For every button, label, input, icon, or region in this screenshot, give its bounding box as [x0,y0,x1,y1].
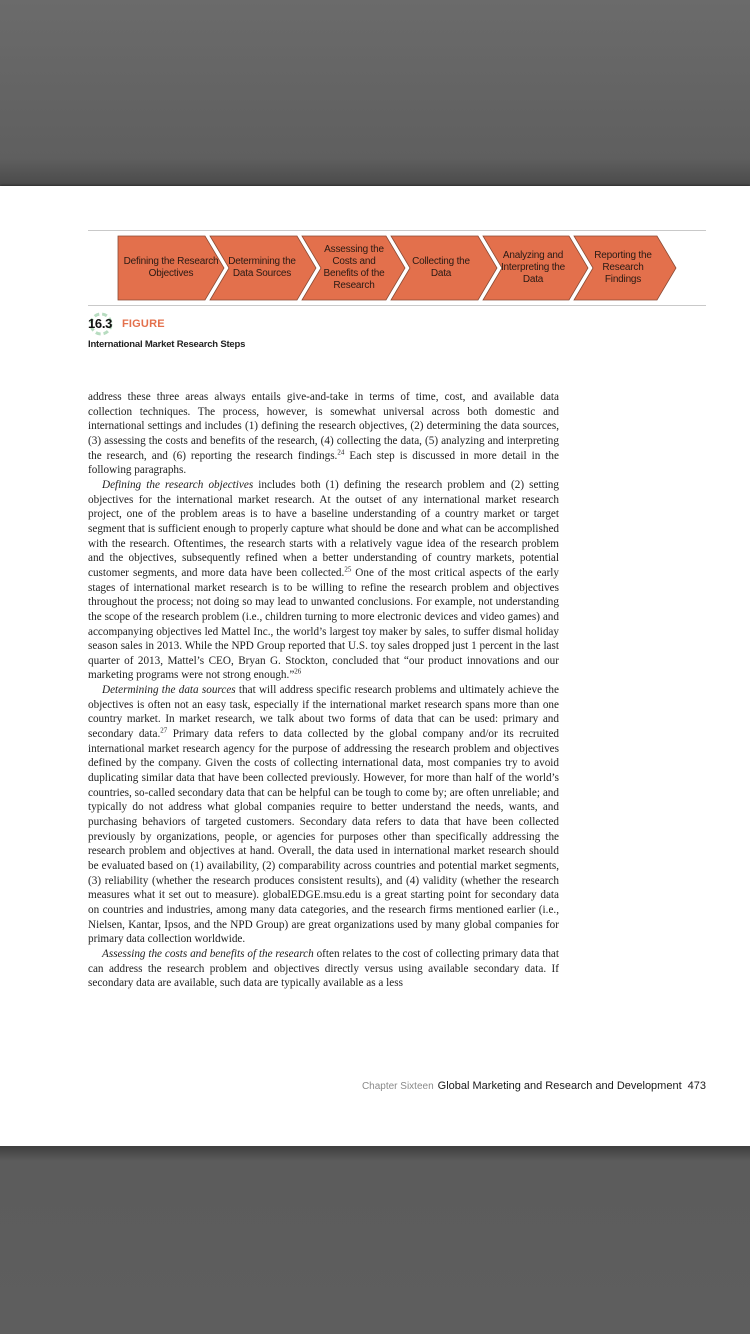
figure-number: 16.3 [88,316,112,331]
step-label-2: Determining the Data Sources [226,236,298,300]
reader-background-top [0,0,750,186]
step-label-3: Assessing the Costs and Benefits of the … [318,236,390,300]
step-label-5: Analyzing and Interpreting the Data [500,236,566,300]
step-label-4: Collecting the Data [408,236,474,300]
paragraph-data-sources: Determining the data sources that will a… [88,683,559,947]
figure-label: FIGURE [122,318,165,330]
step-label-1: Defining the Research Objectives [122,236,220,300]
italic-term: Assessing the costs and benefits of the … [102,948,314,960]
page-footer: Chapter SixteenGlobal Marketing and Rese… [362,1080,706,1092]
paragraph-defining-objectives: Defining the research objectives include… [88,478,559,683]
paragraph-intro: address these three areas always entails… [88,390,559,478]
footer-title: Global Marketing and Research and Develo… [438,1080,682,1092]
figure-caption: International Market Research Steps [88,339,245,350]
page-number: 473 [688,1080,706,1092]
footnote-ref[interactable]: 26 [294,668,301,676]
italic-term: Determining the data sources [102,684,236,696]
italic-term: Defining the research objectives [102,479,253,491]
reader-background-bottom [0,1146,750,1334]
footer-chapter: Chapter Sixteen [362,1081,434,1092]
step-label-6: Reporting the Research Findings [590,236,656,300]
book-page[interactable]: Defining the Research Objectives Determi… [0,186,750,1146]
paragraph-costs-benefits: Assessing the costs and benefits of the … [88,947,559,991]
body-text: address these three areas always entails… [88,390,559,991]
